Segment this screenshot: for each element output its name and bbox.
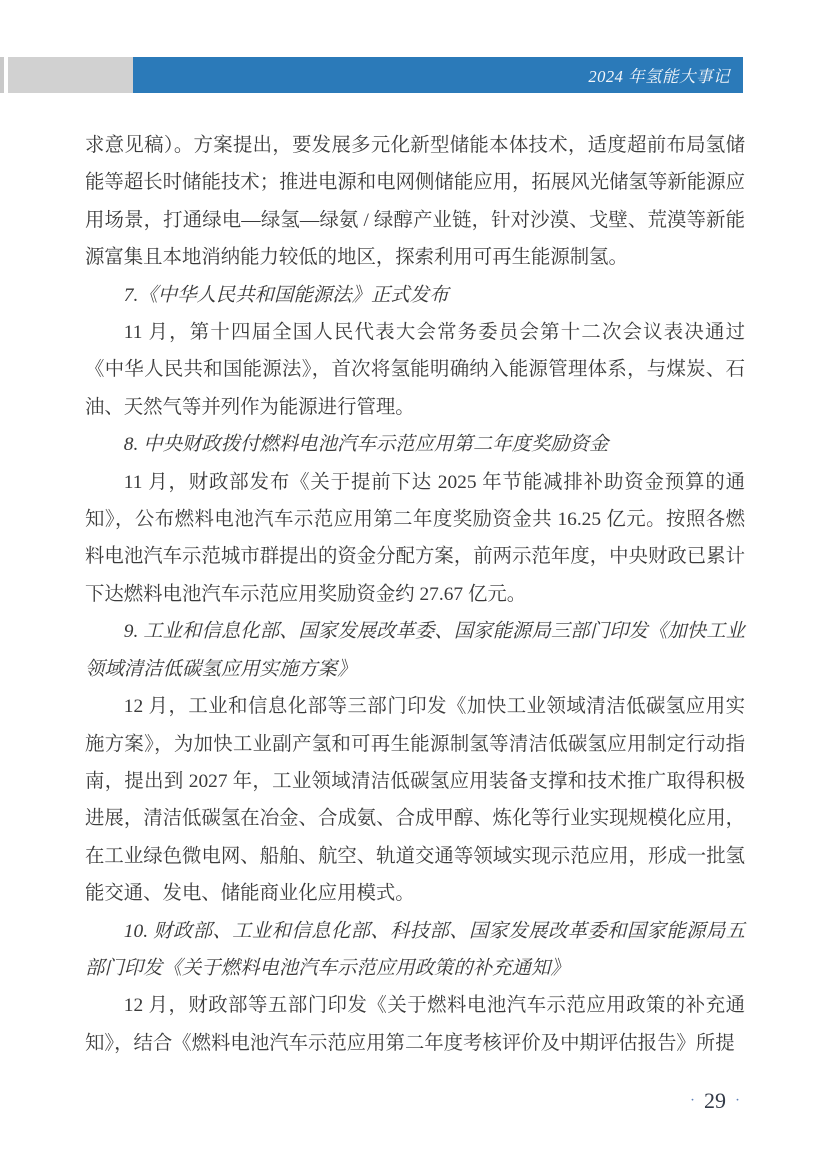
- item-heading: 7.《中华人民共和国能源法》正式发布: [85, 277, 745, 314]
- header-title: 2024 年氢能大事记: [588, 63, 730, 87]
- body-paragraph: 12 月，财政部等五部门印发《关于燃料电池汽车示范应用政策的补充通知》，结合《燃…: [85, 987, 745, 1062]
- footer-dot-left: ·: [690, 1093, 695, 1109]
- header-bar: 2024 年氢能大事记: [133, 57, 743, 93]
- body-paragraph: 求意见稿）。方案提出，要发展多元化新型储能本体技术，适度超前布局氢储能等超长时储…: [85, 127, 745, 277]
- header-gray-block: [8, 57, 133, 93]
- body-paragraph: 11 月，第十四届全国人民代表大会常务委员会第十二次会议表决通过《中华人民共和国…: [85, 314, 745, 426]
- item-heading: 8. 中央财政拨付燃料电池汽车示范应用第二年度奖励资金: [85, 426, 745, 463]
- footer-dot-right: ·: [735, 1093, 740, 1109]
- page-edge-strip: [0, 57, 4, 93]
- item-heading: 9. 工业和信息化部、国家发展改革委、国家能源局三部门印发《加快工业领域清洁低碳…: [85, 613, 745, 688]
- body-paragraph: 12 月，工业和信息化部等三部门印发《加快工业领域清洁低碳氢应用实施方案》，为加…: [85, 688, 745, 912]
- page-number: 29: [704, 1088, 726, 1113]
- document-body: 求意见稿）。方案提出，要发展多元化新型储能本体技术，适度超前布局氢储能等超长时储…: [85, 127, 745, 1062]
- document-page: 2024 年氢能大事记 求意见稿）。方案提出，要发展多元化新型储能本体技术，适度…: [0, 0, 840, 1166]
- body-paragraph: 11 月，财政部发布《关于提前下达 2025 年节能减排补助资金预算的通知》，公…: [85, 464, 745, 614]
- page-footer: ·29·: [640, 1088, 790, 1114]
- item-heading: 10. 财政部、工业和信息化部、科技部、国家发展改革委和国家能源局五部门印发《关…: [85, 913, 745, 988]
